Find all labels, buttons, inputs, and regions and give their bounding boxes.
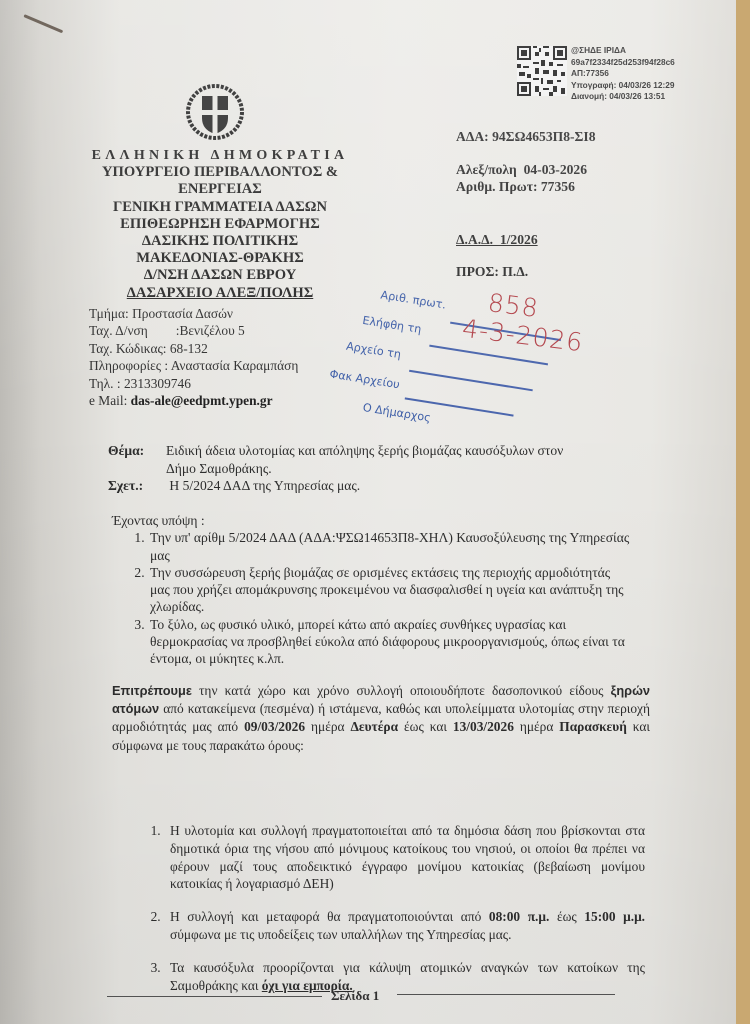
dad-number: Δ.Α.Δ. 1/2026 bbox=[456, 232, 538, 248]
stamp-line-distribution: Διανομή: 04/03/26 13:51 bbox=[571, 91, 675, 103]
day-from: Δευτέρα bbox=[350, 719, 398, 734]
term-item-1: Η υλοτομία και συλλογή πραγματοποιείται … bbox=[164, 822, 645, 893]
qr-code-icon bbox=[517, 46, 567, 96]
email-link[interactable]: das-ale@eedpmt.ypen.gr bbox=[131, 393, 273, 408]
subject-line-2: Δήμο Σαμοθράκης. bbox=[108, 460, 563, 478]
greek-coat-of-arms-icon bbox=[185, 84, 245, 142]
considering-item: Το ξύλο, ως φυσικό υλικό, μπορεί κάτω απ… bbox=[148, 616, 632, 668]
inspectorate: ΕΠΙΘΕΩΡΗΣΗ ΕΦΑΡΜΟΓΗΣ bbox=[60, 216, 380, 233]
footer-rule-right bbox=[397, 994, 615, 995]
considering-item: Την υπ' αρίθμ 5/2024 ΔΑΔ (ΑΔΑ:ΨΣΩ14653Π8… bbox=[148, 529, 632, 564]
term-item-2: Η συλλογή και μεταφορά θα πραγματοποιούν… bbox=[164, 908, 645, 944]
document-page: @ΣΗΔΕ ΙΡΙΔΑ 69a7f2334f25d253f94f28c6 ΑΠ:… bbox=[0, 0, 736, 1024]
terms-list: Η υλοτομία και συλλογή πραγματοποιείται … bbox=[140, 822, 645, 994]
time-from: 08:00 π.μ. bbox=[489, 909, 549, 924]
contact-info: Τμήμα: Προστασία Δασών Ταχ. Δ/νση:Βενιζέ… bbox=[89, 305, 298, 409]
subject-block: Θέμα:Ειδική άδεια υλοτομίας και απόληψης… bbox=[108, 442, 563, 495]
stamp-label-mayor: Ο Δήμαρχος bbox=[362, 401, 432, 425]
considering-intro: Έχοντας υπόψη : bbox=[112, 512, 632, 529]
stamp-line-system: @ΣΗΔΕ ΙΡΙΔΑ bbox=[571, 45, 675, 57]
protocol-number: Αριθμ. Πρωτ: 77356 bbox=[456, 178, 587, 195]
subject-line: Θέμα:Ειδική άδεια υλοτομίας και απόληψης… bbox=[108, 442, 563, 460]
subject-text: Ειδική άδεια υλοτομίας και απόληψης ξερή… bbox=[166, 443, 563, 458]
address-value: :Βενιζέλου 5 bbox=[176, 323, 245, 338]
stamp-line-protocol: ΑΠ:77356 bbox=[571, 68, 675, 80]
stamp-label-protocol: Αριθ. πρωτ. bbox=[380, 288, 447, 311]
page-number: Σελίδα 1 bbox=[331, 988, 379, 1004]
ada-code: ΑΔΑ: 94ΣΩ4653Π8-ΣΙ8 bbox=[456, 129, 596, 145]
term-text: σύμφωνα με τις υποδείξεις των υπαλλήλων … bbox=[170, 927, 511, 942]
term-text: έως bbox=[549, 909, 584, 924]
stamp-label-archive: Αρχείο τη bbox=[345, 340, 402, 361]
info-contact: Πληροφορίες : Αναστασία Καραμπάση bbox=[89, 357, 298, 374]
day-to: Παρασκευή bbox=[559, 719, 627, 734]
phone: Τηλ. : 2313309746 bbox=[89, 375, 298, 392]
place-date-protocol: Αλεξ/πολη 04-03-2026 Αριθμ. Πρωτ: 77356 bbox=[456, 161, 587, 195]
subject-label: Θέμα: bbox=[108, 442, 166, 460]
region: ΜΑΚΕΔΟΝΙΑΣ-ΘΡΑΚΗΣ bbox=[60, 250, 380, 267]
considering-list: Την υπ' αρίθμ 5/2024 ΔΑΔ (ΑΔΑ:ΨΣΩ14653Π8… bbox=[112, 529, 632, 667]
country-name: ΕΛΛΗΝΙΚΗ ΔΗΜΟΚΡΑΤΙΑ bbox=[60, 147, 380, 164]
related-text: Η 5/2024 ΔΑΔ της Υπηρεσίας μας. bbox=[166, 478, 360, 493]
page-footer: Σελίδα 1 bbox=[107, 987, 615, 1007]
date-to: 13/03/2026 bbox=[453, 719, 514, 734]
ministry-name: ΥΠΟΥΡΓΕΙΟ ΠΕΡΙΒΑΛΛΟΝΤΟΣ & bbox=[60, 164, 380, 181]
department: Τμήμα: Προστασία Δασών bbox=[89, 305, 298, 322]
email-label: e Mail: bbox=[89, 393, 131, 408]
inspectorate-cont: ΔΑΣΙΚΗΣ ΠΟΛΙΤΙΚΗΣ bbox=[60, 233, 380, 250]
stamp-line-hash: 69a7f2334f25d253f94f28c6 bbox=[571, 57, 675, 69]
permit-lead: Επιτρέπουμε bbox=[112, 683, 192, 698]
considering-item: Την συσσώρευση ξερής βιομάζας σε ορισμέν… bbox=[148, 564, 632, 616]
permit-text: έως και bbox=[398, 719, 453, 734]
stamp-label-received: Ελήφθη τη bbox=[361, 314, 422, 336]
permit-paragraph: Επιτρέπουμε την κατά χώρο και χρόνο συλλ… bbox=[112, 682, 650, 755]
recipient: ΠΡΟΣ: Π.Δ. bbox=[456, 264, 528, 280]
permit-text: ημέρα bbox=[514, 719, 559, 734]
desk-surface bbox=[736, 0, 750, 1024]
permit-text: ημέρα bbox=[305, 719, 350, 734]
address-label: Ταχ. Δ/νση bbox=[89, 323, 148, 338]
address: Ταχ. Δ/νση:Βενιζέλου 5 bbox=[89, 322, 298, 339]
time-to: 15:00 μ.μ. bbox=[584, 909, 645, 924]
considering-block: Έχοντας υπόψη : Την υπ' αρίθμ 5/2024 ΔΑΔ… bbox=[112, 512, 632, 668]
terms-block: Η υλοτομία και συλλογή πραγματοποιείται … bbox=[140, 822, 645, 1009]
pen-mark bbox=[23, 14, 63, 33]
ministry-name-cont: ΕΝΕΡΓΕΙΑΣ bbox=[60, 181, 380, 198]
postal-code: Ταχ. Κώδικας: 68-132 bbox=[89, 340, 298, 357]
email: e Mail: das-ale@eedpmt.ypen.gr bbox=[89, 392, 298, 409]
stamp-label-file: Φακ Αρχείου bbox=[329, 367, 401, 391]
general-secretariat: ΓΕΝΙΚΗ ΓΡΑΜΜΑΤΕΙΑ ΔΑΣΩΝ bbox=[60, 199, 380, 216]
place-date: Αλεξ/πολη 04-03-2026 bbox=[456, 161, 587, 178]
forestry-office: ΔΑΣΑΡΧΕΙΟ ΑΛΕΞ/ΠΟΛΗΣ bbox=[60, 285, 380, 302]
directorate: Δ/ΝΣΗ ΔΑΣΩΝ ΕΒΡΟΥ bbox=[60, 267, 380, 284]
stamp-line bbox=[409, 370, 533, 391]
related-line: Σχετ.: Η 5/2024 ΔΑΔ της Υπηρεσίας μας. bbox=[108, 477, 563, 495]
footer-rule-left bbox=[107, 996, 322, 997]
digital-signature-info: @ΣΗΔΕ ΙΡΙΔΑ 69a7f2334f25d253f94f28c6 ΑΠ:… bbox=[571, 45, 675, 103]
issuing-authority: ΕΛΛΗΝΙΚΗ ΔΗΜΟΚΡΑΤΙΑ ΥΠΟΥΡΓΕΙΟ ΠΕΡΙΒΑΛΛΟΝ… bbox=[60, 147, 380, 302]
stamp-line-signature: Υπογραφή: 04/03/26 12:29 bbox=[571, 80, 675, 92]
date-from: 09/03/2026 bbox=[244, 719, 305, 734]
related-label: Σχετ.: bbox=[108, 477, 166, 495]
term-text: Η συλλογή και μεταφορά θα πραγματοποιούν… bbox=[170, 909, 489, 924]
permit-text: την κατά χώρο και χρόνο συλλογή οποιουδή… bbox=[192, 683, 611, 698]
